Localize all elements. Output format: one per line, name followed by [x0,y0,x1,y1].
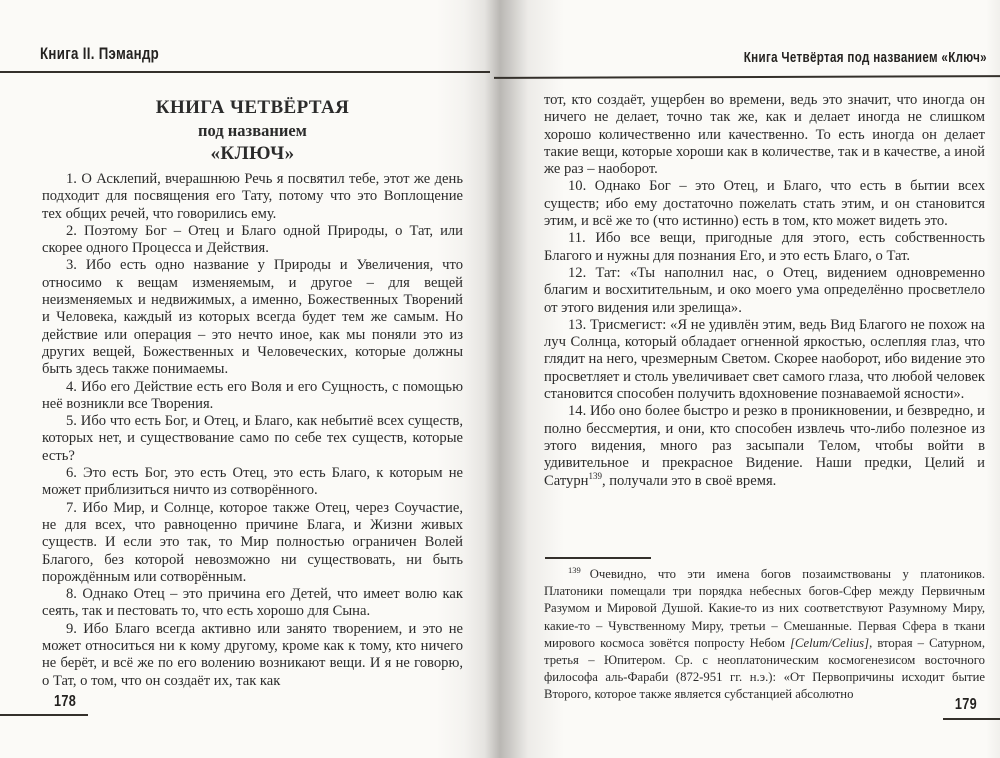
footer-rule-right [943,718,1000,720]
paragraph-1: 1. О Асклепий, вчерашнюю Речь я посвятил… [42,171,463,223]
page-number-left: 178 [54,693,76,711]
paragraph-7: 7. Ибо Мир, и Солнце, которое также Отец… [42,500,463,586]
paragraph-5: 5. Ибо что есть Бог, и Отец, и Благо, ка… [42,413,463,465]
paragraph-12: 12. Тат: «Ты наполнил нас, о Отец, виден… [544,265,985,317]
paragraph-4: 4. Ибо его Действие есть его Воля и его … [42,379,463,414]
header-rule-left [0,71,490,73]
footer-rule-left [0,714,88,716]
footnote-139: 139Очевидно, что эти имена богов позаимс… [544,566,985,704]
footnote-block: 139Очевидно, что эти имена богов позаимс… [544,566,985,704]
paragraph-2: 2. Поэтому Бог – Отец и Благо одной Прир… [42,223,463,258]
footnote-marker-139: 139 [568,565,581,575]
chapter-title-line3: «КЛЮЧ» [42,142,463,165]
running-header-right: Книга Четвёртая под названием «Ключ» [744,50,987,66]
paragraph-8: 8. Однако Отец – это причина его Детей, … [42,586,463,621]
page-edge-shade [986,0,1000,758]
paragraph-14-text-end: , получали это в своё время. [602,473,776,489]
paragraph-9: 9. Ибо Благо всегда активно или занято т… [42,621,463,690]
paragraph-11: 11. Ибо все вещи, пригодные для этого, е… [544,230,985,265]
page-number-right: 179 [955,696,977,714]
paragraph-10: 10. Однако Бог – это Отец, и Благо, что … [544,178,985,230]
chapter-title-line1: КНИГА ЧЕТВЁРТАЯ [42,96,463,119]
right-page-body: тот, кто создаёт, ущербен во времени, ве… [544,92,985,490]
footnote-reference-139: 139 [588,471,602,481]
book-scan-spread: { "colors": { "page_background": "#fbfaf… [0,0,1000,758]
paragraph-6: 6. Это есть Бог, это есть Отец, это есть… [42,465,463,500]
paragraph-13: 13. Трисмегист: «Я не удивлён этим, ведь… [544,317,985,403]
paragraph-3: 3. Ибо есть одно название у Природы и Ув… [42,257,463,378]
footnote-latin-term: [Celum/Celius] [790,636,869,650]
chapter-title-line2: под названием [42,119,463,142]
paragraph-14: 14. Ибо оно более быстро и резко в прони… [544,403,985,489]
left-page-body: КНИГА ЧЕТВЁРТАЯ под названием «КЛЮЧ» 1. … [42,96,463,690]
running-header-left: Книга II. Пэмандр [40,44,159,64]
paragraph-9-continuation: тот, кто создаёт, ущербен во времени, ве… [544,92,985,178]
header-rule-right [494,75,1000,79]
footnote-separator [545,557,651,559]
chapter-title: КНИГА ЧЕТВЁРТАЯ под названием «КЛЮЧ» [42,96,463,165]
